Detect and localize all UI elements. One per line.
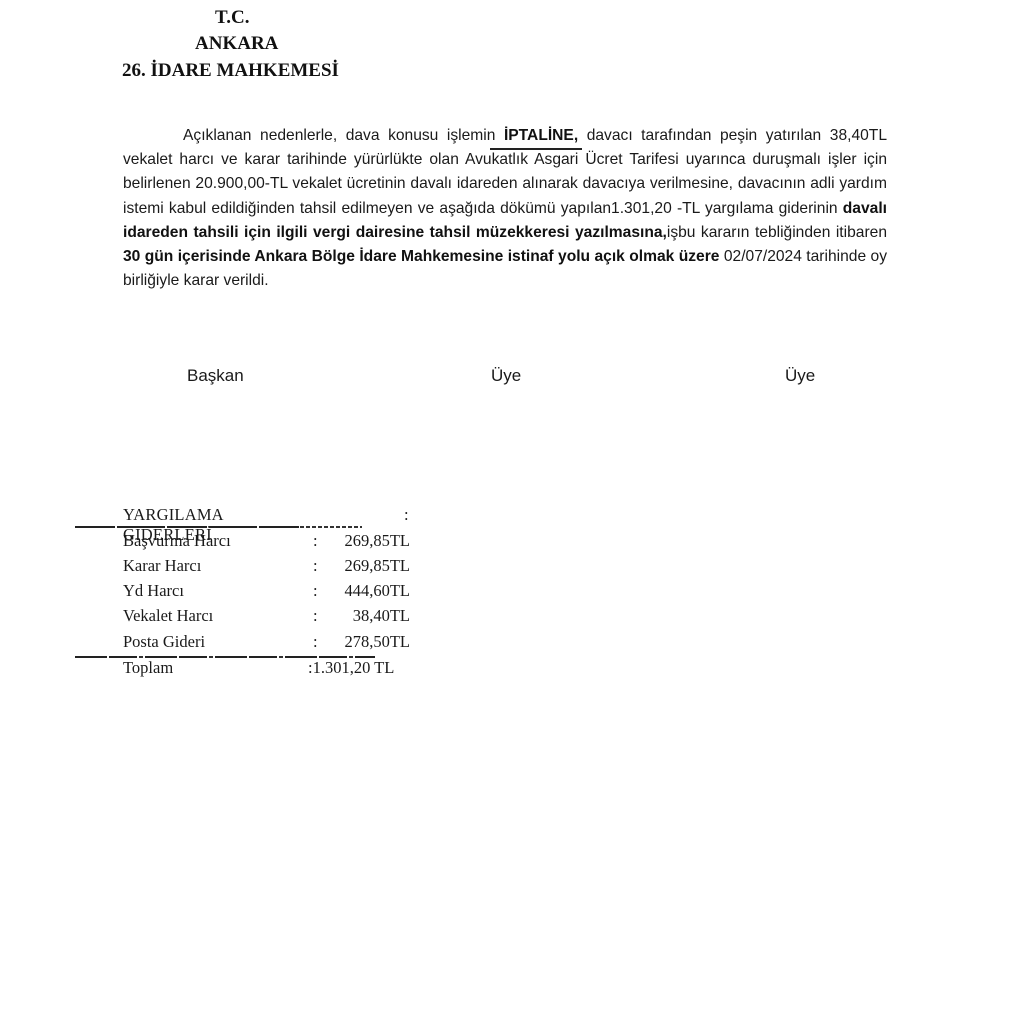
decision-text-3: işbu kararın tebliğinden itibaren bbox=[667, 224, 887, 241]
cost-total-row: Toplam :1.301,20 TL bbox=[0, 658, 420, 680]
cost-row: Karar Harcı : 269,85TL bbox=[0, 556, 420, 578]
cost-value: 278,50TL bbox=[344, 632, 410, 652]
costs-top-rule bbox=[75, 526, 300, 528]
cost-row: Başvurma Harcı : 269,85TL bbox=[0, 531, 420, 553]
cost-row: Posta Gideri : 278,50TL bbox=[0, 632, 420, 654]
cost-label: Vekalet Harcı bbox=[123, 606, 213, 626]
signature-member-2: Üye bbox=[785, 366, 815, 386]
cost-value: 269,85TL bbox=[344, 531, 410, 551]
costs-top-rule-dashed bbox=[300, 526, 362, 528]
cost-label: Karar Harcı bbox=[123, 556, 201, 576]
cost-label: Yd Harcı bbox=[123, 581, 184, 601]
cost-total-value: :1.301,20 TL bbox=[308, 658, 394, 678]
cost-value: 444,60TL bbox=[344, 581, 410, 601]
decision-bold-appeal: 30 gün içerisinde Ankara Bölge İdare Mah… bbox=[123, 248, 719, 265]
cost-row: Yd Harcı : 444,60TL bbox=[0, 581, 420, 603]
cost-colon: : bbox=[313, 632, 318, 652]
cost-label: Posta Gideri bbox=[123, 632, 205, 652]
header-city: ANKARA bbox=[195, 34, 278, 53]
redaction-line bbox=[490, 148, 582, 150]
cost-value: 269,85TL bbox=[344, 556, 410, 576]
signature-president: Başkan bbox=[187, 366, 244, 386]
cost-colon: : bbox=[313, 556, 318, 576]
cost-row: Vekalet Harcı : 38,40TL bbox=[0, 606, 420, 628]
cost-colon: : bbox=[313, 531, 318, 551]
cost-colon: : bbox=[313, 606, 318, 626]
cost-label: Başvurma Harcı bbox=[123, 531, 231, 551]
header-court-name: 26. İDARE MAHKEMESİ bbox=[122, 61, 339, 80]
costs-title-colon: : bbox=[404, 505, 409, 525]
cost-colon: : bbox=[313, 581, 318, 601]
decision-text-1: Açıklanan nedenlerle, dava konusu işlemi… bbox=[183, 127, 504, 144]
cost-value: 38,40TL bbox=[353, 606, 410, 626]
decision-bold-annulment: İPTALİNE, bbox=[504, 127, 578, 144]
signature-member-1: Üye bbox=[491, 366, 521, 386]
header-tc: T.C. bbox=[215, 8, 249, 27]
cost-total-label: Toplam bbox=[123, 658, 173, 678]
